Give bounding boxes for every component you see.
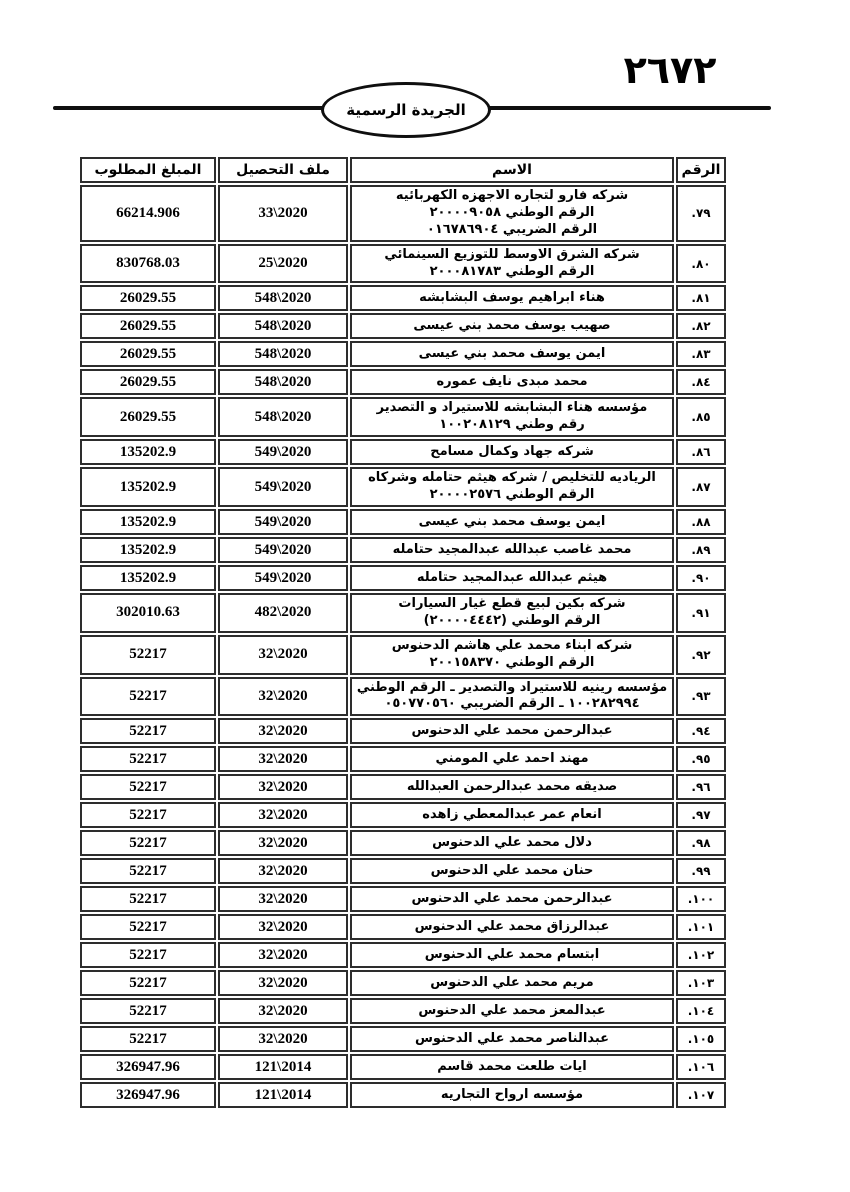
- records-table: الرقم الاسم ملف التحصيل المبلغ المطلوب ٧…: [78, 155, 728, 1110]
- table-row: ١٠٦.ايات طلعت محمد قاسم121\2014326947.96: [80, 1054, 726, 1080]
- row-number-cell: ١٠٣.: [676, 970, 726, 996]
- file-cell: 32\2020: [218, 942, 348, 968]
- col-header-name: الاسم: [350, 157, 674, 183]
- row-number-cell: ٧٩.: [676, 185, 726, 242]
- table-row: ٨١.هناء ابراهيم يوسف البشابشه548\2020260…: [80, 285, 726, 311]
- amount-cell: 326947.96: [80, 1054, 216, 1080]
- table-row: ٨٥.مؤسسه هناء البشابشه للاستيراد و التصد…: [80, 397, 726, 437]
- table-row: ٨٠.شركه الشرق الاوسط للتوزيع السينمائي ا…: [80, 244, 726, 284]
- file-cell: 32\2020: [218, 914, 348, 940]
- file-cell: 548\2020: [218, 397, 348, 437]
- row-number-cell: ١٠٧.: [676, 1082, 726, 1108]
- name-cell: مؤسسه هناء البشابشه للاستيراد و التصدير …: [350, 397, 674, 437]
- table-header-row: الرقم الاسم ملف التحصيل المبلغ المطلوب: [80, 157, 726, 183]
- file-cell: 33\2020: [218, 185, 348, 242]
- amount-cell: 52217: [80, 830, 216, 856]
- row-number-cell: ١٠٥.: [676, 1026, 726, 1052]
- amount-cell: 26029.55: [80, 397, 216, 437]
- amount-cell: 52217: [80, 1026, 216, 1052]
- table-row: ٨٤.محمد مبدى نايف عموره548\202026029.55: [80, 369, 726, 395]
- name-cell: شركه جهاد وكمال مسامح: [350, 439, 674, 465]
- table-row: ٩٠.هيثم عبدالله عبدالمجيد حتامله549\2020…: [80, 565, 726, 591]
- file-cell: 549\2020: [218, 537, 348, 563]
- amount-cell: 66214.906: [80, 185, 216, 242]
- name-cell: ايات طلعت محمد قاسم: [350, 1054, 674, 1080]
- table-body: ٧٩.شركه فارو لتجاره الاجهزه الكهربائيه ا…: [80, 185, 726, 1108]
- name-cell: هيثم عبدالله عبدالمجيد حتامله: [350, 565, 674, 591]
- col-header-amount: المبلغ المطلوب: [80, 157, 216, 183]
- amount-cell: 52217: [80, 774, 216, 800]
- row-number-cell: ٨٥.: [676, 397, 726, 437]
- table-row: ١٠٠.عبدالرحمن محمد علي الدحنوس32\2020522…: [80, 886, 726, 912]
- row-number-cell: ٩٣.: [676, 677, 726, 717]
- name-cell: حنان محمد علي الدحنوس: [350, 858, 674, 884]
- name-cell: مريم محمد علي الدحنوس: [350, 970, 674, 996]
- table-row: ٩٩.حنان محمد علي الدحنوس32\202052217: [80, 858, 726, 884]
- name-cell: صديقه محمد عبدالرحمن العبدالله: [350, 774, 674, 800]
- file-cell: 32\2020: [218, 677, 348, 717]
- name-cell: مؤسسه رينيه للاستيراد والتصدير ـ الرقم ا…: [350, 677, 674, 717]
- file-cell: 549\2020: [218, 439, 348, 465]
- table-row: ١٠٧.مؤسسه ارواح التجاريه121\2014326947.9…: [80, 1082, 726, 1108]
- table-row: ٩٥.مهند احمد علي المومني32\202052217: [80, 746, 726, 772]
- table-row: ٨٣.ايمن يوسف محمد بني عيسى548\202026029.…: [80, 341, 726, 367]
- row-number-cell: ٨١.: [676, 285, 726, 311]
- file-cell: 549\2020: [218, 467, 348, 507]
- row-number-cell: ٩١.: [676, 593, 726, 633]
- table-row: ٩١.شركه بكين لبيع قطع غيار السيارات الرق…: [80, 593, 726, 633]
- row-number-cell: ١٠٠.: [676, 886, 726, 912]
- name-cell: مؤسسه ارواح التجاريه: [350, 1082, 674, 1108]
- file-cell: 32\2020: [218, 718, 348, 744]
- name-cell: عبدالرزاق محمد علي الدحنوس: [350, 914, 674, 940]
- name-cell: شركه بكين لبيع قطع غيار السيارات الرقم ا…: [350, 593, 674, 633]
- table-row: ٩٤.عبدالرحمن محمد علي الدحنوس32\20205221…: [80, 718, 726, 744]
- row-number-cell: ٩٧.: [676, 802, 726, 828]
- file-cell: 32\2020: [218, 858, 348, 884]
- file-cell: 482\2020: [218, 593, 348, 633]
- table-row: ٩٧.انعام عمر عبدالمعطي زاهده32\202052217: [80, 802, 726, 828]
- page-number: ٢٦٧٢: [606, 48, 734, 92]
- file-cell: 25\2020: [218, 244, 348, 284]
- amount-cell: 26029.55: [80, 369, 216, 395]
- table-row: ٧٩.شركه فارو لتجاره الاجهزه الكهربائيه ا…: [80, 185, 726, 242]
- row-number-cell: ٩٨.: [676, 830, 726, 856]
- name-cell: ايمن يوسف محمد بني عيسى: [350, 341, 674, 367]
- name-cell: شركه فارو لتجاره الاجهزه الكهربائيه الرق…: [350, 185, 674, 242]
- amount-cell: 52217: [80, 858, 216, 884]
- file-cell: 32\2020: [218, 635, 348, 675]
- amount-cell: 52217: [80, 998, 216, 1024]
- row-number-cell: ٨٣.: [676, 341, 726, 367]
- file-cell: 548\2020: [218, 369, 348, 395]
- records-table-container: الرقم الاسم ملف التحصيل المبلغ المطلوب ٧…: [78, 155, 728, 1110]
- file-cell: 548\2020: [218, 341, 348, 367]
- row-number-cell: ٩٠.: [676, 565, 726, 591]
- amount-cell: 52217: [80, 970, 216, 996]
- name-cell: الرياديه للتخليص / شركه هيثم حتامله وشرك…: [350, 467, 674, 507]
- file-cell: 121\2014: [218, 1054, 348, 1080]
- name-cell: انعام عمر عبدالمعطي زاهده: [350, 802, 674, 828]
- official-gazette-banner: الجريدة الرسمية: [321, 82, 491, 138]
- name-cell: ابتسام محمد علي الدحنوس: [350, 942, 674, 968]
- document-page: ٢٦٧٢ الجريدة الرسمية الرقم الاسم ملف الت…: [0, 0, 850, 1192]
- row-number-cell: ٨٢.: [676, 313, 726, 339]
- row-number-cell: ٨٧.: [676, 467, 726, 507]
- name-cell: عبدالرحمن محمد علي الدحنوس: [350, 886, 674, 912]
- official-gazette-banner-label: الجريدة الرسمية: [346, 101, 465, 119]
- file-cell: 549\2020: [218, 565, 348, 591]
- name-cell: عبدالناصر محمد علي الدحنوس: [350, 1026, 674, 1052]
- row-number-cell: ٨٤.: [676, 369, 726, 395]
- name-cell: محمد غاصب عبدالله عبدالمجيد حتامله: [350, 537, 674, 563]
- name-cell: عبدالمعز محمد علي الدحنوس: [350, 998, 674, 1024]
- table-row: ١٠٢.ابتسام محمد علي الدحنوس32\202052217: [80, 942, 726, 968]
- table-row: ١٠٣.مريم محمد علي الدحنوس32\202052217: [80, 970, 726, 996]
- row-number-cell: ٩٩.: [676, 858, 726, 884]
- table-row: ٩٨.دلال محمد علي الدحنوس32\202052217: [80, 830, 726, 856]
- file-cell: 32\2020: [218, 774, 348, 800]
- file-cell: 548\2020: [218, 285, 348, 311]
- table-row: ٨٧.الرياديه للتخليص / شركه هيثم حتامله و…: [80, 467, 726, 507]
- name-cell: مهند احمد علي المومني: [350, 746, 674, 772]
- table-row: ٩٢.شركه ابناء محمد علي هاشم الدحنوس الرق…: [80, 635, 726, 675]
- col-header-number: الرقم: [676, 157, 726, 183]
- table-row: ٨٢.صهيب يوسف محمد بني عيسى548\202026029.…: [80, 313, 726, 339]
- file-cell: 32\2020: [218, 802, 348, 828]
- file-cell: 549\2020: [218, 509, 348, 535]
- amount-cell: 52217: [80, 746, 216, 772]
- table-row: ١٠١.عبدالرزاق محمد علي الدحنوس32\2020522…: [80, 914, 726, 940]
- amount-cell: 302010.63: [80, 593, 216, 633]
- amount-cell: 52217: [80, 914, 216, 940]
- amount-cell: 52217: [80, 635, 216, 675]
- amount-cell: 135202.9: [80, 467, 216, 507]
- amount-cell: 52217: [80, 718, 216, 744]
- table-row: ٨٨.ايمن يوسف محمد بني عيسى549\2020135202…: [80, 509, 726, 535]
- row-number-cell: ٨٦.: [676, 439, 726, 465]
- amount-cell: 52217: [80, 886, 216, 912]
- table-row: ١٠٥.عبدالناصر محمد علي الدحنوس32\2020522…: [80, 1026, 726, 1052]
- amount-cell: 26029.55: [80, 341, 216, 367]
- name-cell: صهيب يوسف محمد بني عيسى: [350, 313, 674, 339]
- name-cell: هناء ابراهيم يوسف البشابشه: [350, 285, 674, 311]
- file-cell: 548\2020: [218, 313, 348, 339]
- row-number-cell: ١٠١.: [676, 914, 726, 940]
- row-number-cell: ١٠٤.: [676, 998, 726, 1024]
- amount-cell: 135202.9: [80, 439, 216, 465]
- row-number-cell: ٩٥.: [676, 746, 726, 772]
- file-cell: 32\2020: [218, 746, 348, 772]
- amount-cell: 52217: [80, 802, 216, 828]
- row-number-cell: ٩٦.: [676, 774, 726, 800]
- table-row: ٨٦.شركه جهاد وكمال مسامح549\2020135202.9: [80, 439, 726, 465]
- table-row: ٨٩.محمد غاصب عبدالله عبدالمجيد حتامله549…: [80, 537, 726, 563]
- file-cell: 121\2014: [218, 1082, 348, 1108]
- file-cell: 32\2020: [218, 830, 348, 856]
- row-number-cell: ٨٩.: [676, 537, 726, 563]
- col-header-file: ملف التحصيل: [218, 157, 348, 183]
- amount-cell: 135202.9: [80, 509, 216, 535]
- row-number-cell: ٨٠.: [676, 244, 726, 284]
- row-number-cell: ٨٨.: [676, 509, 726, 535]
- amount-cell: 26029.55: [80, 285, 216, 311]
- table-row: ١٠٤.عبدالمعز محمد علي الدحنوس32\20205221…: [80, 998, 726, 1024]
- name-cell: عبدالرحمن محمد علي الدحنوس: [350, 718, 674, 744]
- row-number-cell: ١٠٢.: [676, 942, 726, 968]
- amount-cell: 326947.96: [80, 1082, 216, 1108]
- amount-cell: 830768.03: [80, 244, 216, 284]
- name-cell: محمد مبدى نايف عموره: [350, 369, 674, 395]
- amount-cell: 52217: [80, 677, 216, 717]
- amount-cell: 135202.9: [80, 537, 216, 563]
- file-cell: 32\2020: [218, 886, 348, 912]
- row-number-cell: ٩٤.: [676, 718, 726, 744]
- name-cell: دلال محمد علي الدحنوس: [350, 830, 674, 856]
- table-row: ٩٣.مؤسسه رينيه للاستيراد والتصدير ـ الرق…: [80, 677, 726, 717]
- row-number-cell: ١٠٦.: [676, 1054, 726, 1080]
- row-number-cell: ٩٢.: [676, 635, 726, 675]
- table-row: ٩٦.صديقه محمد عبدالرحمن العبدالله32\2020…: [80, 774, 726, 800]
- amount-cell: 135202.9: [80, 565, 216, 591]
- name-cell: شركه الشرق الاوسط للتوزيع السينمائي الرق…: [350, 244, 674, 284]
- name-cell: ايمن يوسف محمد بني عيسى: [350, 509, 674, 535]
- file-cell: 32\2020: [218, 998, 348, 1024]
- amount-cell: 26029.55: [80, 313, 216, 339]
- name-cell: شركه ابناء محمد علي هاشم الدحنوس الرقم ا…: [350, 635, 674, 675]
- file-cell: 32\2020: [218, 970, 348, 996]
- amount-cell: 52217: [80, 942, 216, 968]
- file-cell: 32\2020: [218, 1026, 348, 1052]
